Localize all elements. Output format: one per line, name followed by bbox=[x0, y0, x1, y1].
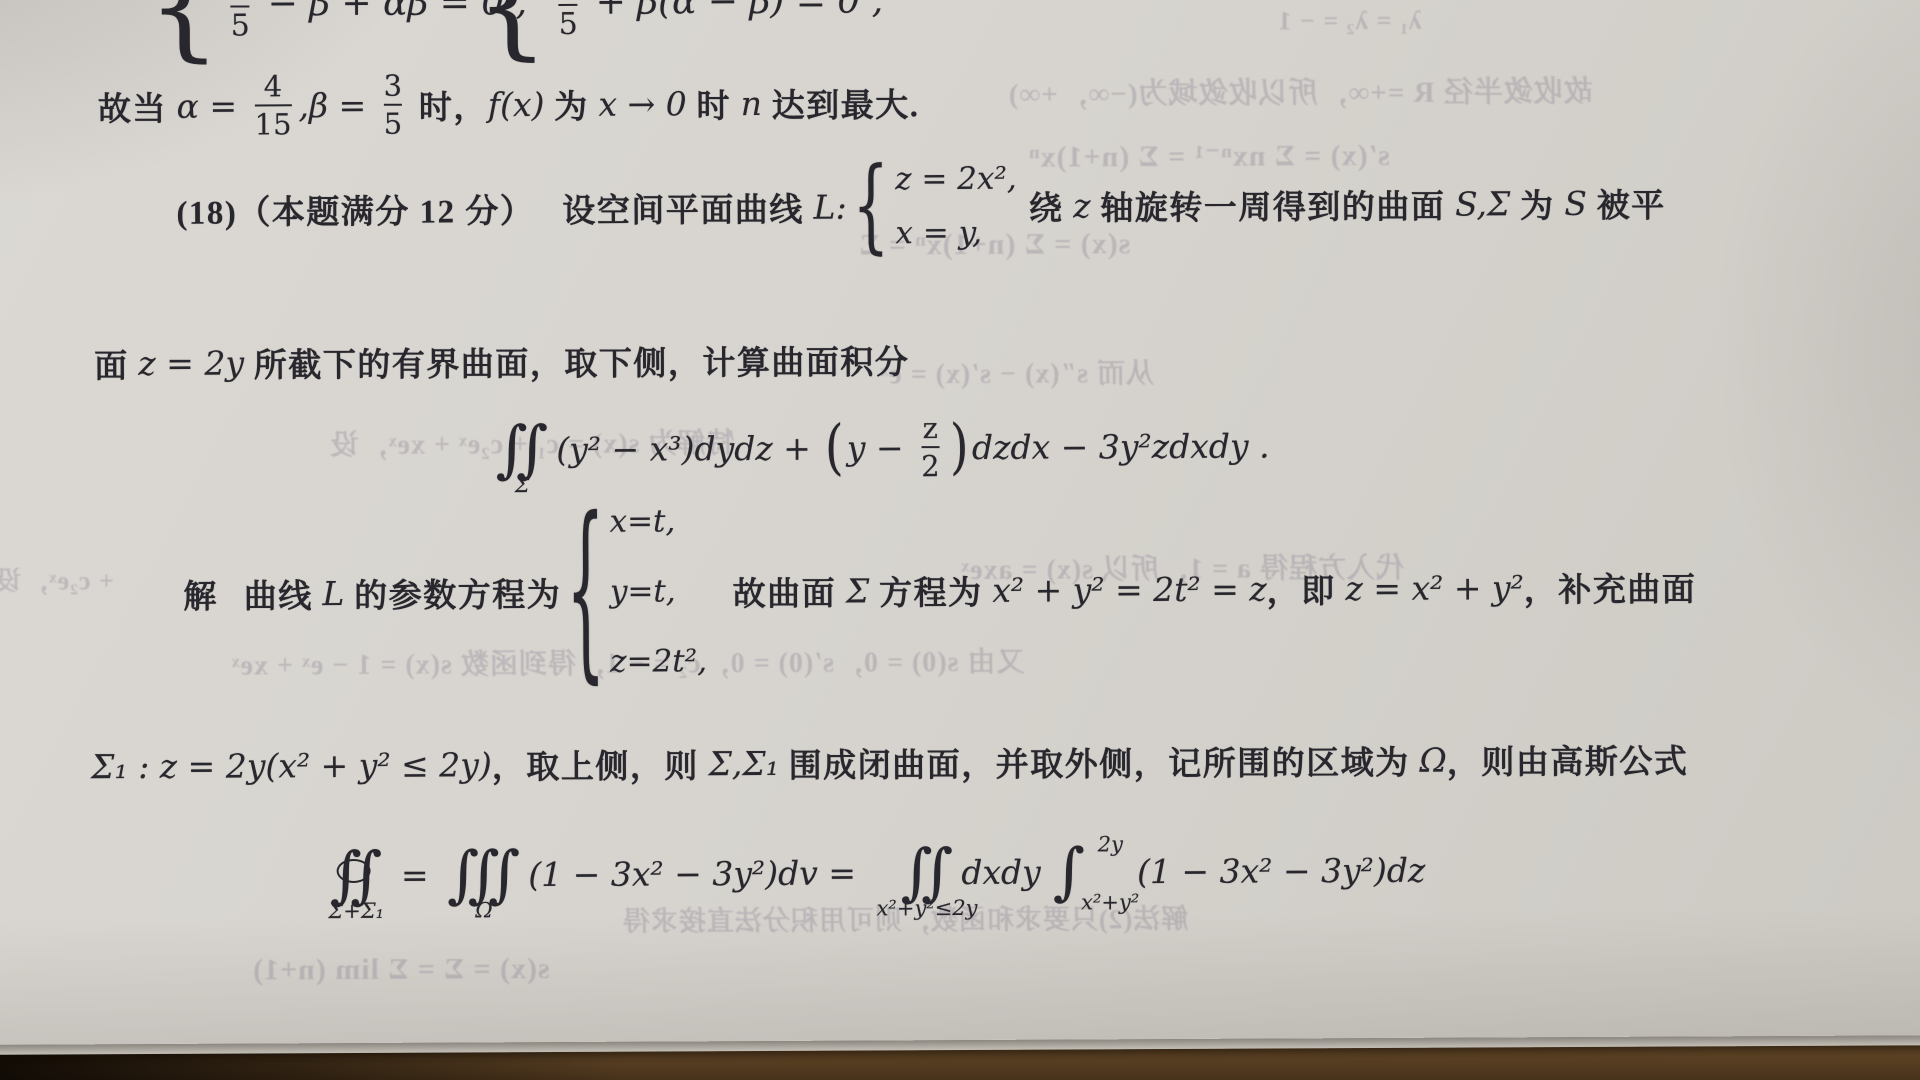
brace-system: {z = 2x²,x = y, bbox=[850, 152, 1017, 261]
spacer bbox=[218, 593, 244, 594]
bleed-through-text: s(x) = Σ = Σ lim (n+1) bbox=[252, 952, 550, 987]
math-text: dzdx − 3y²zdxdy . bbox=[972, 426, 1270, 466]
closed-surface-integral: ∬Σ+Σ₁ bbox=[329, 844, 382, 906]
conclusion-line: 故当 α = 415,β = 35 时，f(x) 为 x → 0 时 n 达到最… bbox=[98, 58, 920, 150]
chinese-text: 时， bbox=[409, 81, 488, 128]
chinese-text: 的参数方程为 bbox=[344, 568, 561, 616]
math-text: x=t, bbox=[609, 503, 675, 539]
fraction-bar bbox=[255, 104, 292, 106]
fraction-bar bbox=[384, 104, 402, 106]
chinese-text: ，即 bbox=[1267, 565, 1346, 612]
bleed-through-text: + c₂eˣ，设 bbox=[0, 560, 114, 598]
brace-system: {x=t,y=t,z=2t², bbox=[565, 486, 708, 697]
operator-subscript: Ω bbox=[475, 898, 493, 922]
math-text: L: bbox=[814, 187, 847, 226]
fraction-numerator: 3 bbox=[383, 69, 402, 102]
chinese-text-bold: 解 bbox=[183, 570, 218, 617]
math-text: z bbox=[1073, 186, 1091, 225]
sigma1-line: Σ₁ : z = 2y(x² + y² ≤ 2y)，取上侧，则 Σ,Σ₁ 围成闭… bbox=[91, 722, 1689, 802]
equation-fragment-top-right: { 1 5 + β(α − β) = 0 , bbox=[475, 0, 883, 60]
math-text: z = 2y bbox=[138, 343, 244, 383]
math-text: S,Σ bbox=[1455, 184, 1510, 223]
fraction-denominator: 5 bbox=[559, 8, 578, 42]
fraction-numerator: 1 bbox=[230, 0, 249, 4]
chinese-text-bold: 为 bbox=[1510, 180, 1564, 227]
integral-upper-limit: 2y bbox=[1098, 832, 1123, 856]
brace-icon: { bbox=[566, 496, 606, 688]
math-text: = bbox=[390, 855, 439, 894]
brace-rows: z = 2x²,x = y, bbox=[895, 152, 1017, 261]
chinese-text-bold: 面 bbox=[94, 340, 138, 387]
operator-symbol: ∭ bbox=[447, 843, 521, 905]
math-text: n bbox=[741, 83, 762, 122]
chinese-text-bold: 设空间平面曲线 bbox=[562, 183, 813, 231]
math-text: β = bbox=[309, 85, 377, 124]
chinese-text-bold: (18)（本题满分 12 分） bbox=[176, 185, 534, 234]
brace-row: x = y, bbox=[895, 215, 1017, 252]
fraction-numerator: 4 bbox=[264, 70, 283, 103]
math-text: dxdy bbox=[961, 852, 1041, 891]
fraction-numerator: z bbox=[922, 412, 937, 445]
fraction-numerator: 1 bbox=[558, 0, 577, 2]
brace-row: z=2t², bbox=[610, 643, 707, 679]
chinese-text-bold: 被平 bbox=[1587, 179, 1666, 226]
chinese-text: ，取上侧，则 bbox=[492, 740, 709, 788]
spacer bbox=[866, 872, 892, 873]
math-text: Σ,Σ₁ bbox=[708, 743, 779, 782]
fraction: 35 bbox=[383, 69, 402, 140]
big-operator: ∬x²+y²≤2y bbox=[900, 841, 953, 903]
chinese-text: ，补充曲面 bbox=[1524, 563, 1697, 611]
math-text: y=t, bbox=[610, 573, 676, 609]
chinese-text-bold: 轴旋转一周得到的曲面 bbox=[1090, 180, 1455, 229]
math-text: Ω bbox=[1419, 740, 1447, 779]
fraction: 1 5 bbox=[230, 0, 249, 43]
math-text: α = bbox=[177, 86, 248, 125]
operator-symbol: ∬ bbox=[900, 841, 953, 903]
chinese-text-bold: 绕 bbox=[1029, 182, 1073, 229]
math-text: Σ bbox=[846, 571, 870, 610]
chinese-text: 围成闭曲面，并取外侧，记所围的区域为 bbox=[779, 736, 1420, 786]
equation-text: + β(α − β) = 0 , bbox=[596, 0, 884, 22]
brace-row: y=t, bbox=[610, 573, 707, 609]
bleed-through-text: 故收敛半径 R =+∞，所以收敛域为(−∞，+∞) bbox=[1008, 69, 1593, 113]
operator-subscript: x²+y²≤2y bbox=[876, 896, 977, 920]
solution-line: 解曲线 L 的参数方程为{x=t,y=t,z=2t²,故曲面 Σ 方程为 x² … bbox=[183, 464, 1697, 715]
math-text: z = x² + y² bbox=[1345, 568, 1524, 608]
math-text: z=2t², bbox=[610, 643, 707, 679]
chinese-text-bold: 所截下的有界曲面，取下侧，计算曲面积分 bbox=[244, 336, 909, 386]
math-text: S bbox=[1564, 183, 1587, 222]
brace-icon: { bbox=[475, 0, 549, 63]
integral-with-limits: ∫2yx²+y² bbox=[1053, 840, 1138, 902]
brace-icon: { bbox=[852, 155, 889, 258]
math-text: , bbox=[298, 86, 309, 125]
math-text: Σ₁ : z = 2y(x² + y² ≤ 2y) bbox=[91, 745, 492, 786]
brace-rows: x=t,y=t,z=2t², bbox=[609, 486, 707, 696]
fraction-bar bbox=[231, 5, 250, 7]
gauss-formula-line: ∬Σ+Σ₁ = ∭Ω(1 − 3x² − 3y²)dv = ∬x²+y²≤2yd… bbox=[321, 804, 1425, 941]
fraction: 1 5 bbox=[558, 0, 577, 42]
integral-lower-limit: x²+y² bbox=[1081, 890, 1139, 914]
contour-ring-icon bbox=[337, 859, 371, 883]
brace-icon: { bbox=[147, 0, 221, 64]
fraction-denominator: 5 bbox=[384, 108, 403, 141]
math-text: z = 2x², bbox=[895, 161, 1017, 198]
bleed-through-text: λ₁ = λ₂ = − 1 bbox=[1277, 6, 1421, 37]
fraction-denominator: 5 bbox=[231, 9, 250, 43]
spacer bbox=[534, 207, 562, 208]
math-text: (1 − 3x² − 3y²)dv = bbox=[528, 853, 866, 894]
math-text: x² + y² = 2t² = z bbox=[992, 569, 1267, 609]
brace-row: z = 2x², bbox=[895, 161, 1017, 198]
chinese-text: 方程为 bbox=[869, 566, 992, 614]
spacer bbox=[711, 591, 733, 592]
operator-symbol: ∬ bbox=[329, 844, 382, 906]
operator-subscript: Σ+Σ₁ bbox=[328, 899, 384, 923]
math-text: (1 − 3x² − 3y²)dz bbox=[1137, 850, 1425, 890]
math-text: (y² − x³)dydz + bbox=[556, 428, 821, 468]
page-content: λ₁ = λ₂ = − 1 故收敛半径 R =+∞，所以收敛域为(−∞，+∞) … bbox=[0, 0, 1920, 1080]
math-text: x = y, bbox=[895, 215, 982, 251]
math-text: f(x) bbox=[488, 85, 545, 124]
fraction-bar bbox=[559, 4, 578, 6]
chinese-text: ，则由高斯公式 bbox=[1447, 735, 1689, 783]
fraction-denominator: 15 bbox=[255, 108, 292, 141]
spacer bbox=[1021, 205, 1029, 206]
math-text: y − bbox=[847, 428, 914, 467]
brace-row: x=t, bbox=[609, 503, 706, 539]
chinese-text: 故当 bbox=[98, 82, 177, 129]
chinese-text: 故曲面 bbox=[733, 567, 846, 615]
chinese-text: 时 bbox=[687, 80, 741, 127]
math-text: x → 0 bbox=[598, 84, 686, 123]
big-operator: ∭Ω bbox=[447, 843, 521, 905]
chinese-text: 为 bbox=[544, 80, 598, 127]
problem-18-statement: (18)（本题满分 12 分）设空间平面曲线 L:{z = 2x²,x = y,… bbox=[176, 140, 1666, 273]
fraction-bar bbox=[921, 446, 939, 448]
fraction: 415 bbox=[254, 70, 291, 141]
equation-fragment-top-left: { 1 5 − β + αβ = 0 , bbox=[147, 0, 527, 62]
math-text: L bbox=[322, 574, 344, 613]
chinese-text: 达到最大. bbox=[762, 79, 920, 127]
chinese-text: 曲线 bbox=[244, 570, 323, 617]
